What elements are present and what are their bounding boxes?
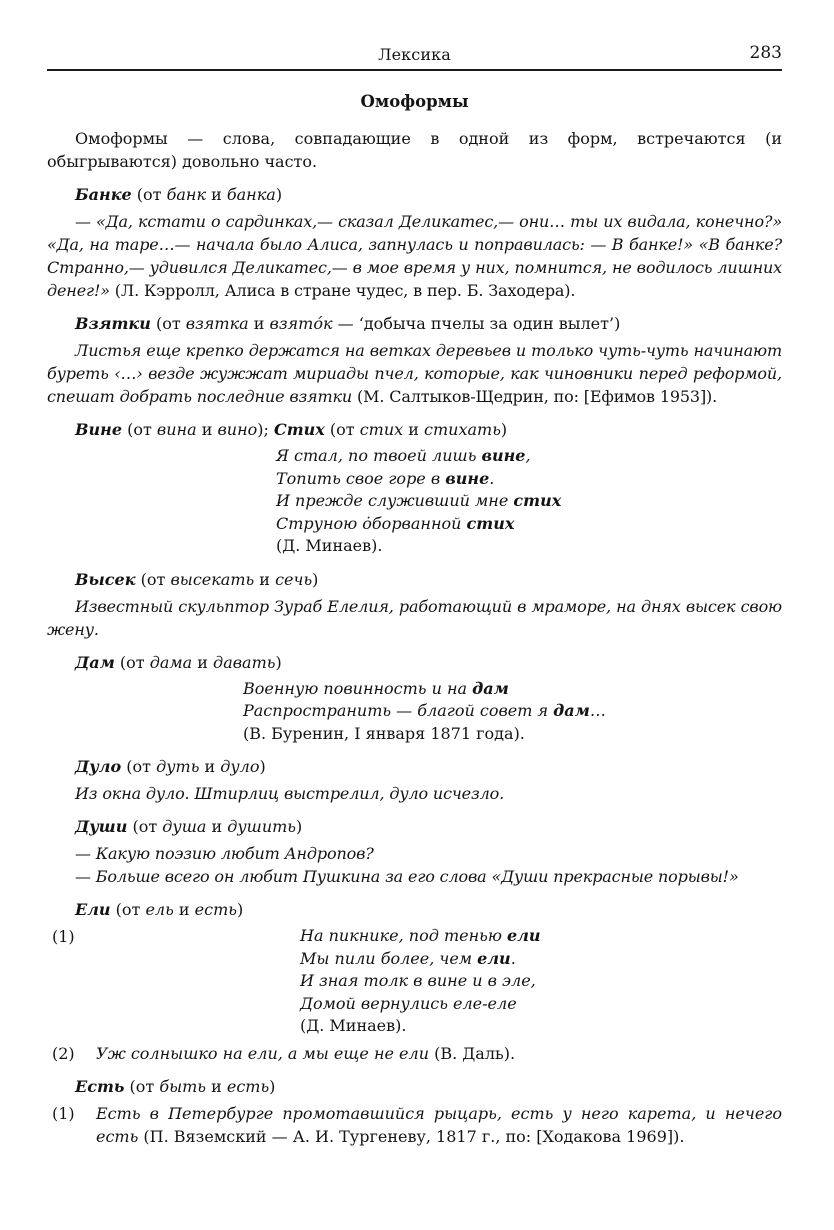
line-punct: , (525, 446, 530, 465)
source-word: банка (227, 185, 276, 204)
close-paren: ) (260, 757, 266, 776)
poem-line: И прежде служивший мне стих (276, 490, 782, 513)
and-text: и (254, 570, 275, 589)
entry-dialog-dushi: — Какую поэзию любит Андропов? — Больше … (75, 842, 782, 888)
intro-paragraph: Омоформы — слова, совпадающие в одной из… (47, 127, 782, 173)
entry-term: Высек (75, 570, 136, 589)
citation: (М. Салтыков-Щедрин, по: [Ефимов 1953]). (352, 387, 717, 406)
close-paren: ) (501, 420, 507, 439)
entry-heading-dushi: Души (от душа и душить) (47, 815, 782, 838)
close-paren: ) (269, 1077, 275, 1096)
source-word: дуть (156, 757, 199, 776)
running-title: Лексика (47, 45, 782, 64)
source-word: душить (227, 817, 296, 836)
from-text: (от (122, 420, 157, 439)
dialog-line: — Больше всего он любит Пушкина за его с… (75, 865, 782, 888)
line-text: И зная толк в вине и в эле, (300, 971, 536, 990)
and-text: и (206, 185, 227, 204)
source-word: банк (167, 185, 206, 204)
line-text: Я стал, по твоей лишь (276, 446, 481, 465)
and-text: и (197, 420, 218, 439)
pun-word: ели (507, 926, 541, 945)
source-word: ель (145, 900, 173, 919)
from-text: (от (136, 570, 171, 589)
section-title: Омоформы (47, 92, 782, 116)
header-rule (47, 69, 782, 71)
source-word: взятка (186, 314, 249, 333)
line-text: Военную повинность и на (243, 679, 472, 698)
entry-heading-banke: Банке (от банк и банка) (47, 183, 782, 206)
page-number: 283 (750, 43, 782, 63)
quote-text: Уж солнышко на ели, а мы еще не ели (96, 1044, 429, 1063)
close-paren: ) (275, 653, 281, 672)
poem-line: Я стал, по твоей лишь вине, (276, 445, 782, 468)
close-paren: ); (257, 420, 274, 439)
source-word: быть (159, 1077, 206, 1096)
pun-word: вине (445, 469, 489, 488)
poem-line: Военную повинность и на дам (243, 678, 782, 701)
source-word: есть (227, 1077, 269, 1096)
source-word: дама (150, 653, 192, 672)
source-word: дуло (220, 757, 259, 776)
poem-eli: На пикнике, под тенью ели Мы пили более,… (300, 925, 782, 1038)
source-word: стих (360, 420, 403, 439)
poem-line: И зная толк в вине и в эле, (300, 970, 782, 993)
pun-word: ели (477, 949, 511, 968)
poem-line: Домой вернулись еле-еле (300, 993, 782, 1016)
source-word: высекать (170, 570, 254, 589)
entry-heading-est: Есть (от быть и есть) (47, 1075, 782, 1098)
entry-term: Банке (75, 185, 132, 204)
entry-term: Дам (75, 653, 115, 672)
entry-heading-dam: Дам (от дама и давать) (47, 651, 782, 674)
and-text: и (249, 314, 270, 333)
item-number: (1) (52, 925, 75, 948)
from-text: (от (121, 757, 156, 776)
line-text: На пикнике, под тенью (300, 926, 507, 945)
poem-line: Топить свое горе в вине. (276, 468, 782, 491)
item-number: (2) (52, 1042, 75, 1065)
poem-dam: Военную повинность и на дам Распространи… (243, 678, 782, 746)
dialog-line: — Какую поэзию любит Андропов? (75, 842, 782, 865)
line-text: И прежде служивший мне (276, 491, 513, 510)
source-word: вина (157, 420, 197, 439)
and-text: и (403, 420, 424, 439)
poem-line: На пикнике, под тенью ели (300, 925, 782, 948)
and-text: и (206, 817, 227, 836)
from-text: (от (124, 1077, 159, 1096)
poem-attribution: (Д. Минаев). (276, 535, 782, 558)
entry-quote-dulo: Из окна дуло. Штирлиц выстрелил, дуло ис… (75, 782, 782, 805)
line-text: Домой вернулись еле-еле (300, 994, 517, 1013)
quote-text: Известный скульптор Зураб Елелия, работа… (47, 597, 782, 639)
and-text: и (199, 757, 220, 776)
quote-text: Из окна дуло. Штирлиц выстрелил, дуло ис… (75, 784, 504, 803)
from-text: (от (151, 314, 186, 333)
entry-term-2: Стих (274, 420, 325, 439)
source-word: вино (217, 420, 257, 439)
line-text: Распространить — благой совет я (243, 701, 553, 720)
entry-heading-dulo: Дуло (от дуть и дуло) (47, 755, 782, 778)
poem-attribution: (В. Буренин, I января 1871 года). (243, 723, 782, 746)
pun-word: дам (472, 679, 509, 698)
numbered-item-2: (2) Уж солнышко на ели, а мы еще не ели … (47, 1042, 782, 1065)
line-text: Струною о̇борванной (276, 514, 467, 533)
from-text: (от (111, 900, 146, 919)
from-text: (от (325, 420, 360, 439)
source-word: сечь (275, 570, 312, 589)
entry-term: Ели (75, 900, 111, 919)
entry-quote-banke: — «Да, кстати о сардинках,— сказал Делик… (47, 210, 782, 302)
numbered-item-1: (1) На пикнике, под тенью ели Мы пили бо… (47, 925, 782, 1038)
entry-term: Взятки (75, 314, 151, 333)
numbered-item-1: (1) Есть в Петербурге промотавшийся рыца… (47, 1102, 782, 1148)
poem-attribution: (Д. Минаев). (300, 1015, 782, 1038)
entry-heading-vine-stikh: Вине (от вина и вино); Стих (от стих и с… (47, 418, 782, 441)
citation: (П. Вяземский — А. И. Тургеневу, 1817 г.… (138, 1127, 684, 1146)
poem-vine-stikh: Я стал, по твоей лишь вине, Топить свое … (276, 445, 782, 558)
entry-term: Вине (75, 420, 122, 439)
from-text: (от (132, 185, 167, 204)
entry-quote-vysek: Известный скульптор Зураб Елелия, работа… (47, 595, 782, 641)
item-body: Уж солнышко на ели, а мы еще не ели (В. … (96, 1042, 782, 1065)
poem-line: Распространить — благой совет я дам… (243, 700, 782, 723)
source-word: есть (195, 900, 237, 919)
pun-word: вине (481, 446, 525, 465)
poem-line: Мы пили более, чем ели. (300, 948, 782, 971)
from-text: (от (127, 817, 162, 836)
and-text: и (192, 653, 213, 672)
line-punct: . (489, 469, 494, 488)
citation: (Л. Кэрролл, Алиса в стране чудес, в пер… (110, 281, 575, 300)
close-paren: ) (312, 570, 318, 589)
pun-word: стих (513, 491, 561, 510)
from-text: (от (115, 653, 150, 672)
running-header: Лексика 283 (47, 0, 782, 70)
poem-line: Струною о̇борванной стих (276, 513, 782, 536)
line-punct: … (590, 701, 606, 720)
entry-quote-vzyatki: Листья еще крепко держатся на ветках дер… (47, 339, 782, 408)
gloss: — ‘добыча пчелы за один вылет’) (333, 314, 621, 333)
and-text: и (206, 1077, 227, 1096)
source-word: душа (162, 817, 206, 836)
item-body: Есть в Петербурге промотавшийся рыцарь, … (96, 1102, 782, 1148)
source-word: взято́к (270, 314, 333, 333)
close-paren: ) (296, 817, 302, 836)
source-word: давать (213, 653, 275, 672)
close-paren: ) (276, 185, 282, 204)
item-number: (1) (52, 1102, 75, 1125)
entry-heading-vysek: Высек (от высекать и сечь) (47, 568, 782, 591)
entry-term: Есть (75, 1077, 124, 1096)
entry-term: Души (75, 817, 127, 836)
line-text: Мы пили более, чем (300, 949, 477, 968)
entry-heading-vzyatki: Взятки (от взятка и взято́к — ‘добыча пч… (47, 312, 782, 335)
and-text: и (174, 900, 195, 919)
pun-word: стих (467, 514, 515, 533)
source-word: стихать (424, 420, 501, 439)
book-page: Лексика 283 Омоформы Омоформы — слова, с… (47, 0, 782, 1148)
pun-word: дам (553, 701, 590, 720)
line-text: Топить свое горе в (276, 469, 445, 488)
entry-term: Дуло (75, 757, 121, 776)
entry-heading-eli: Ели (от ель и есть) (47, 898, 782, 921)
close-paren: ) (237, 900, 243, 919)
line-punct: . (511, 949, 516, 968)
citation: (В. Даль). (429, 1044, 515, 1063)
